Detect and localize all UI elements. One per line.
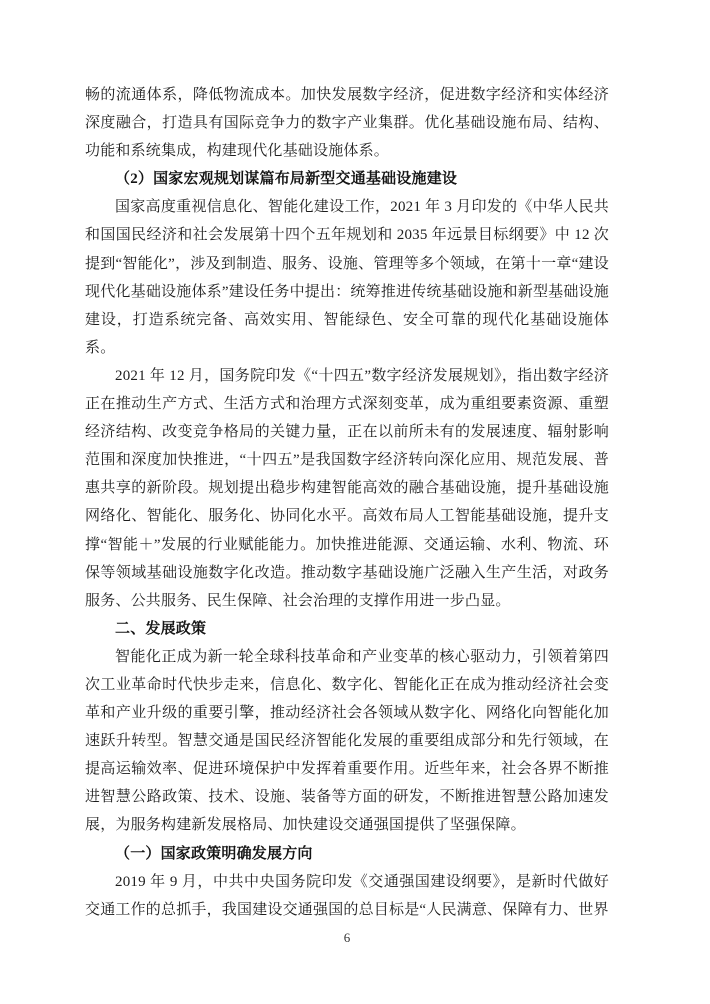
page-number: 6 (344, 930, 351, 945)
heading-section-2-development-policy: 二、发展政策 (85, 615, 609, 643)
paragraph-intelligence-core-driver: 智能化正成为新一轮全球科技革命和产业变革的核心驱动力，引领着第四次工业革命时代快… (85, 643, 609, 840)
heading-subsection-1-national-policy-direction: （一）国家政策明确发展方向 (85, 840, 609, 868)
page-footer: 6 (85, 928, 609, 948)
paragraph-transport-power-outline: 2019 年 9 月，中共中央国务院印发《交通强国建设纲要》，是新时代做好交通工… (85, 868, 609, 924)
paragraph-digital-economy-development-plan: 2021 年 12 月，国务院印发《“十四五”数字经济发展规划》，指出数字经济正… (85, 362, 609, 615)
paragraph-continuation-logistics: 畅的流通体系，降低物流成本。加快发展数字经济，促进数字经济和实体经济深度融合，打… (85, 81, 609, 165)
paragraph-14th-five-year-plan: 国家高度重视信息化、智能化建设工作，2021 年 3 月印发的《中华人民共和国国… (85, 193, 609, 362)
heading-subsection-2-national-macro-planning: （2）国家宏观规划谋篇布局新型交通基础设施建设 (85, 165, 609, 193)
document-page: 畅的流通体系，降低物流成本。加快发展数字经济，促进数字经济和实体经济深度融合，打… (0, 0, 710, 1004)
document-body: 畅的流通体系，降低物流成本。加快发展数字经济，促进数字经济和实体经济深度融合，打… (85, 81, 609, 924)
